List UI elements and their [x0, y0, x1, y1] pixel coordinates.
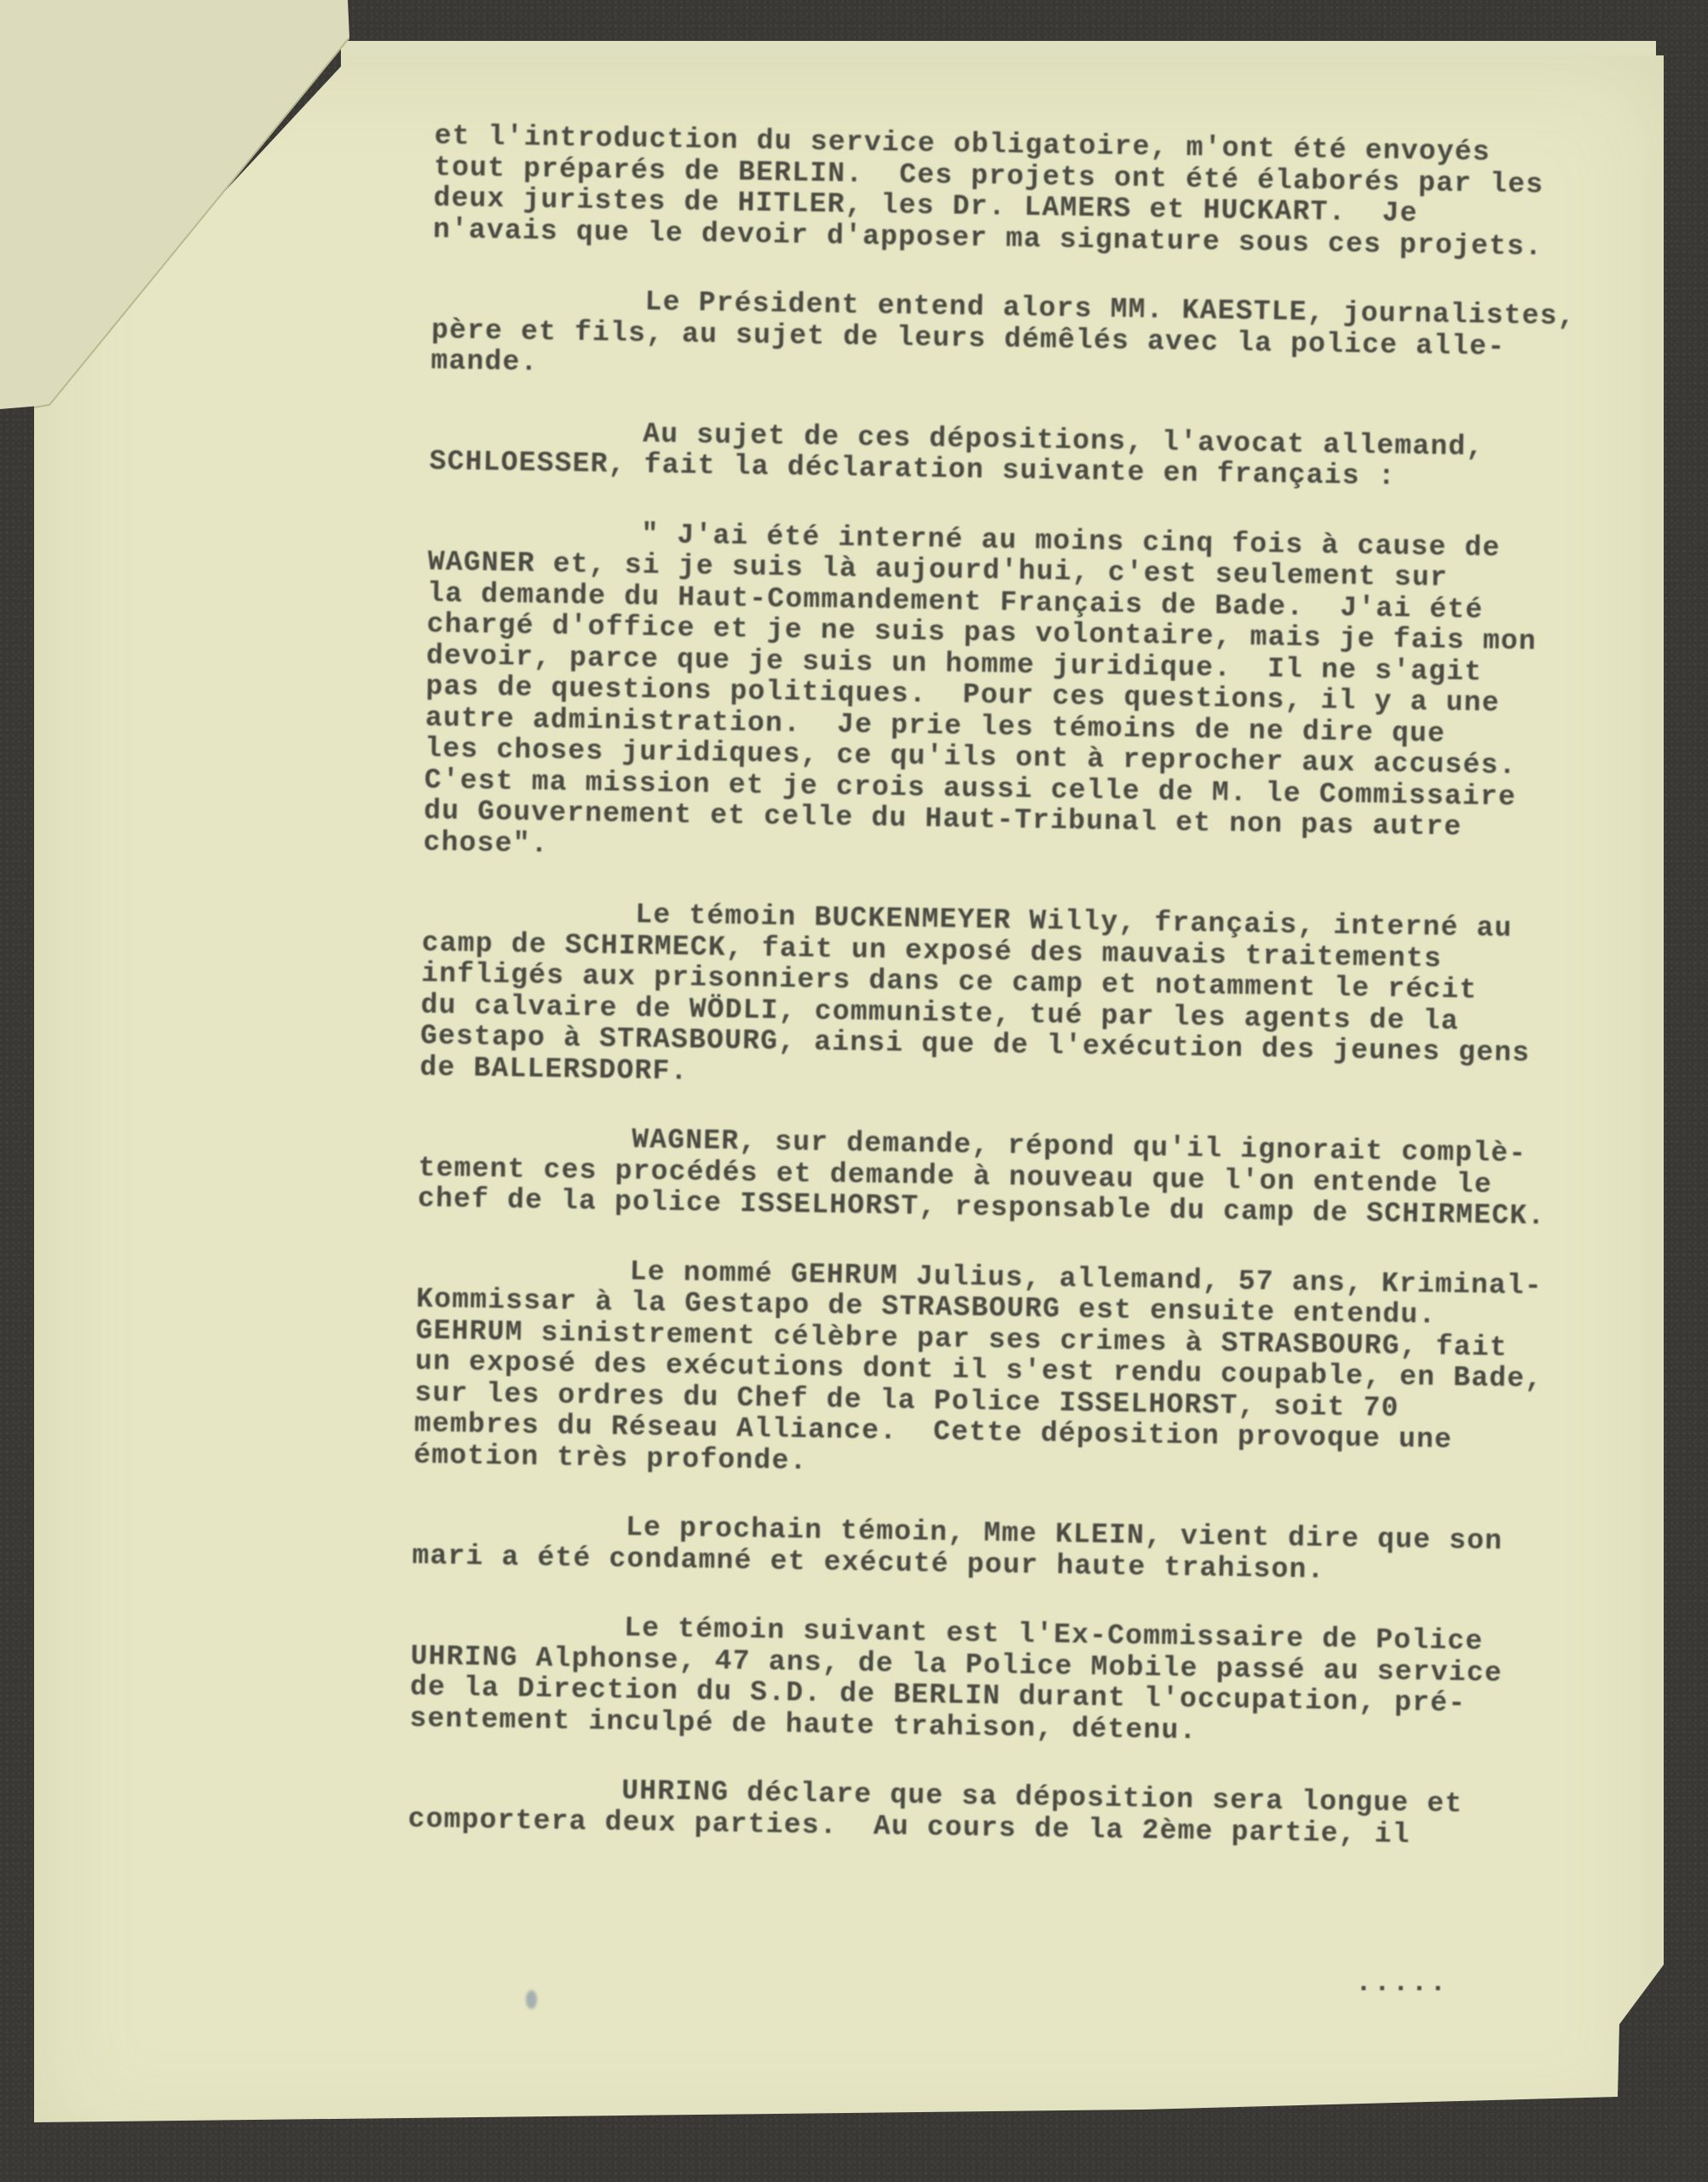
- paragraph: Au sujet de ces dépositions, l'avocat al…: [429, 415, 1657, 497]
- document-body: et l'introduction du service obligatoire…: [407, 121, 1662, 1892]
- paragraph: Le témoin BUCKENMEYER Willy, français, i…: [419, 897, 1649, 1103]
- paragraph: " J'ai été interné au moins cinq fois à …: [423, 516, 1655, 877]
- paragraph: Le témoin suivant est l'Ex-Commissaire d…: [409, 1610, 1638, 1754]
- paragraph: et l'introduction du service obligatoire…: [433, 121, 1662, 265]
- ink-spot: [526, 1990, 537, 2009]
- paragraph: Le Président entend alors MM. KAESTLE, j…: [430, 284, 1659, 396]
- paragraph: UHRING déclare que sa déposition sera lo…: [407, 1773, 1636, 1855]
- continuation-mark: .....: [1355, 1967, 1448, 1999]
- paragraph: Le nommé GEHRUM Julius, allemand, 57 ans…: [413, 1253, 1644, 1490]
- paragraph: Le prochain témoin, Mme KLEIN, vient dir…: [412, 1510, 1640, 1591]
- paragraph: WAGNER, sur demande, répond qu'il ignora…: [418, 1122, 1647, 1234]
